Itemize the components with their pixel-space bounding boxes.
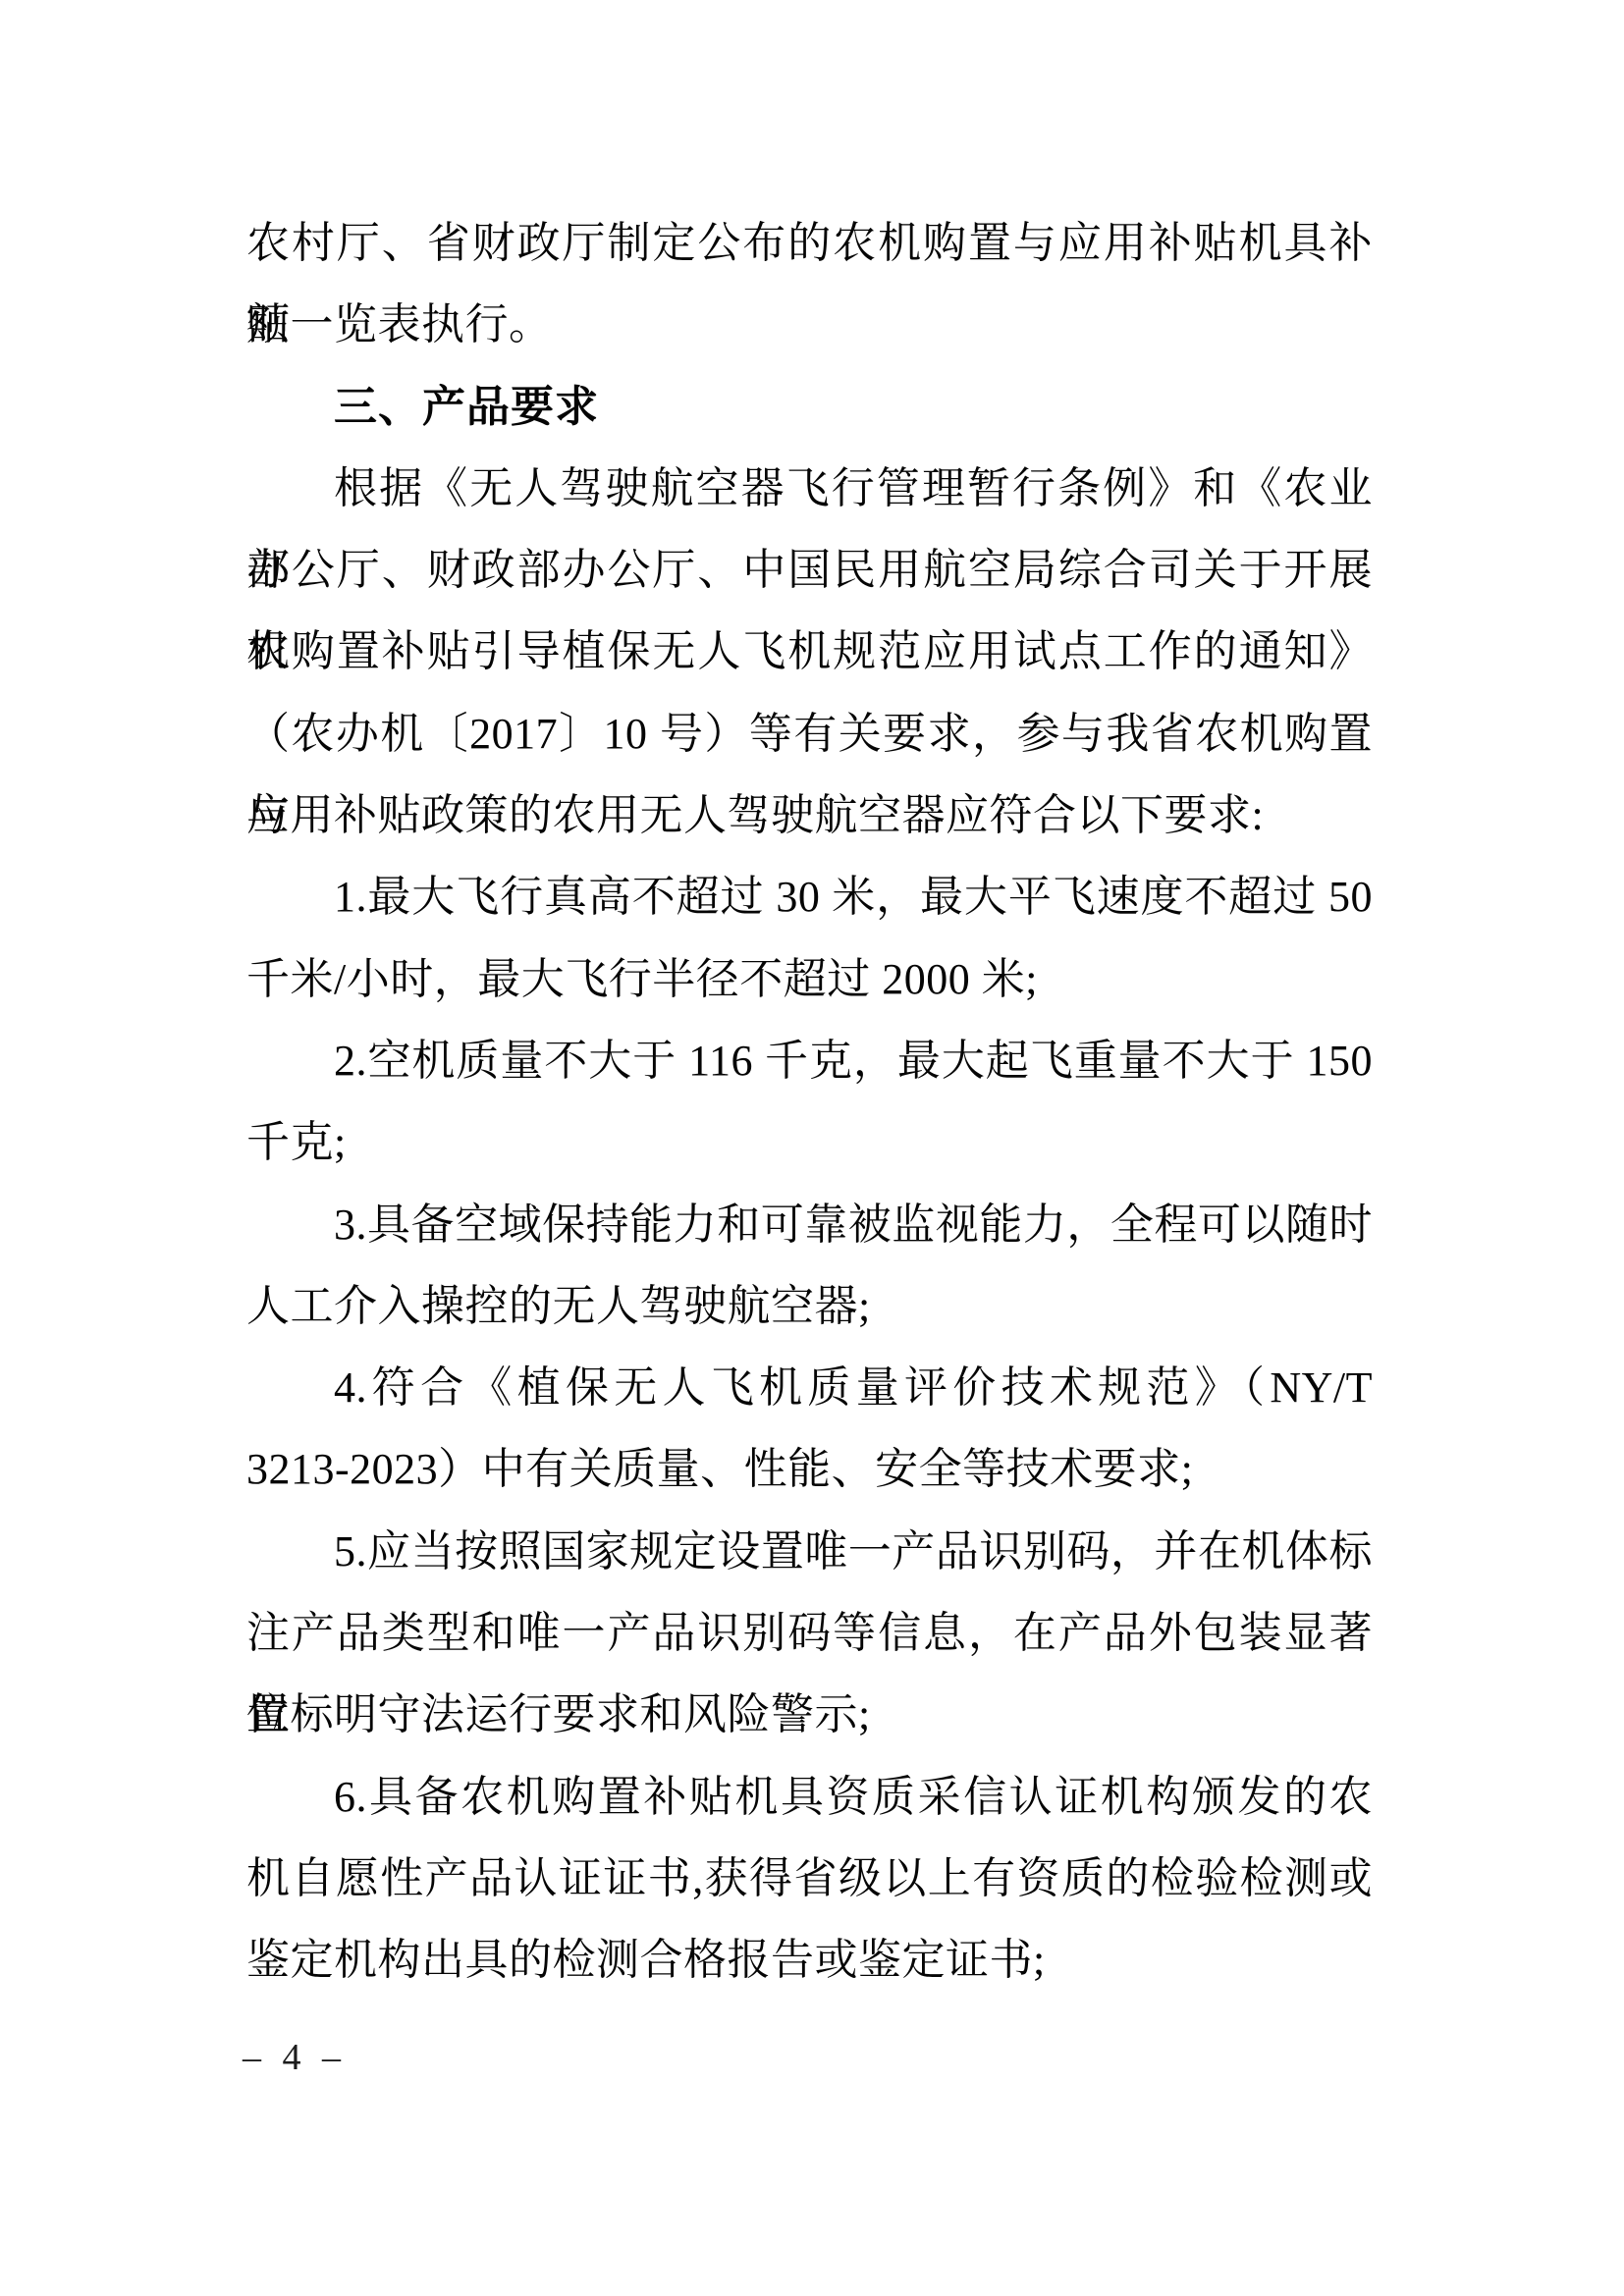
text-line: 鉴定机构出具的检测合格报告或鉴定证书; bbox=[246, 1919, 1373, 2001]
text-line: 机自愿性产品认证证书,获得省级以上有资质的检验检测或 bbox=[246, 1838, 1373, 1919]
document-page: 农村厅、省财政厅制定公布的农机购置与应用补贴机具补贴 额一览表执行。 三、产品要… bbox=[0, 0, 1624, 2296]
text-line: 额一览表执行。 bbox=[246, 284, 1373, 365]
text-line: 1.最大飞行真高不超过 30 米，最大平飞速度不超过 50 bbox=[246, 856, 1373, 937]
text-line: 3.具备空域保持能力和可靠被监视能力，全程可以随时 bbox=[246, 1184, 1373, 1265]
text-line: 3213-2023）中有关质量、性能、安全等技术要求; bbox=[246, 1428, 1373, 1510]
text-line: 千克; bbox=[246, 1101, 1373, 1183]
text-line: 置标明守法运行要求和风险警示; bbox=[246, 1674, 1373, 1755]
text-line: 千米/小时，最大飞行半径不超过 2000 米; bbox=[246, 938, 1373, 1020]
text-line: 人工介入操控的无人驾驶航空器; bbox=[246, 1265, 1373, 1347]
text-line: 农村厅、省财政厅制定公布的农机购置与应用补贴机具补贴 bbox=[246, 202, 1373, 284]
text-line: 应用补贴政策的农用无人驾驶航空器应符合以下要求: bbox=[246, 774, 1373, 856]
page-number: – 4 – bbox=[243, 2034, 341, 2081]
text-line: （农办机〔2017〕10 号）等有关要求，参与我省农机购置与 bbox=[246, 693, 1373, 774]
text-line: 5.应当按照国家规定设置唯一产品识别码，并在机体标 bbox=[246, 1511, 1373, 1592]
text-line: 4.符合《植保无人飞机质量评价技术规范》（NY/T bbox=[246, 1347, 1373, 1428]
text-line: 2.空机质量不大于 116 千克，最大起飞重量不大于 150 bbox=[246, 1020, 1373, 1101]
text-line: 6.具备农机购置补贴机具资质采信认证机构颁发的农 bbox=[246, 1756, 1373, 1838]
text-line: 机购置补贴引导植保无人飞机规范应用试点工作的通知》 bbox=[246, 611, 1373, 692]
text-line: 注产品类型和唯一产品识别码等信息，在产品外包装显著位 bbox=[246, 1592, 1373, 1674]
text-line: 办公厅、财政部办公厅、中国民用航空局综合司关于开展农 bbox=[246, 529, 1373, 611]
section-heading: 三、产品要求 bbox=[246, 366, 1373, 448]
text-line: 根据《无人驾驶航空器飞行管理暂行条例》和《农业部 bbox=[246, 448, 1373, 529]
document-body: 农村厅、省财政厅制定公布的农机购置与应用补贴机具补贴 额一览表执行。 三、产品要… bbox=[246, 202, 1373, 2002]
